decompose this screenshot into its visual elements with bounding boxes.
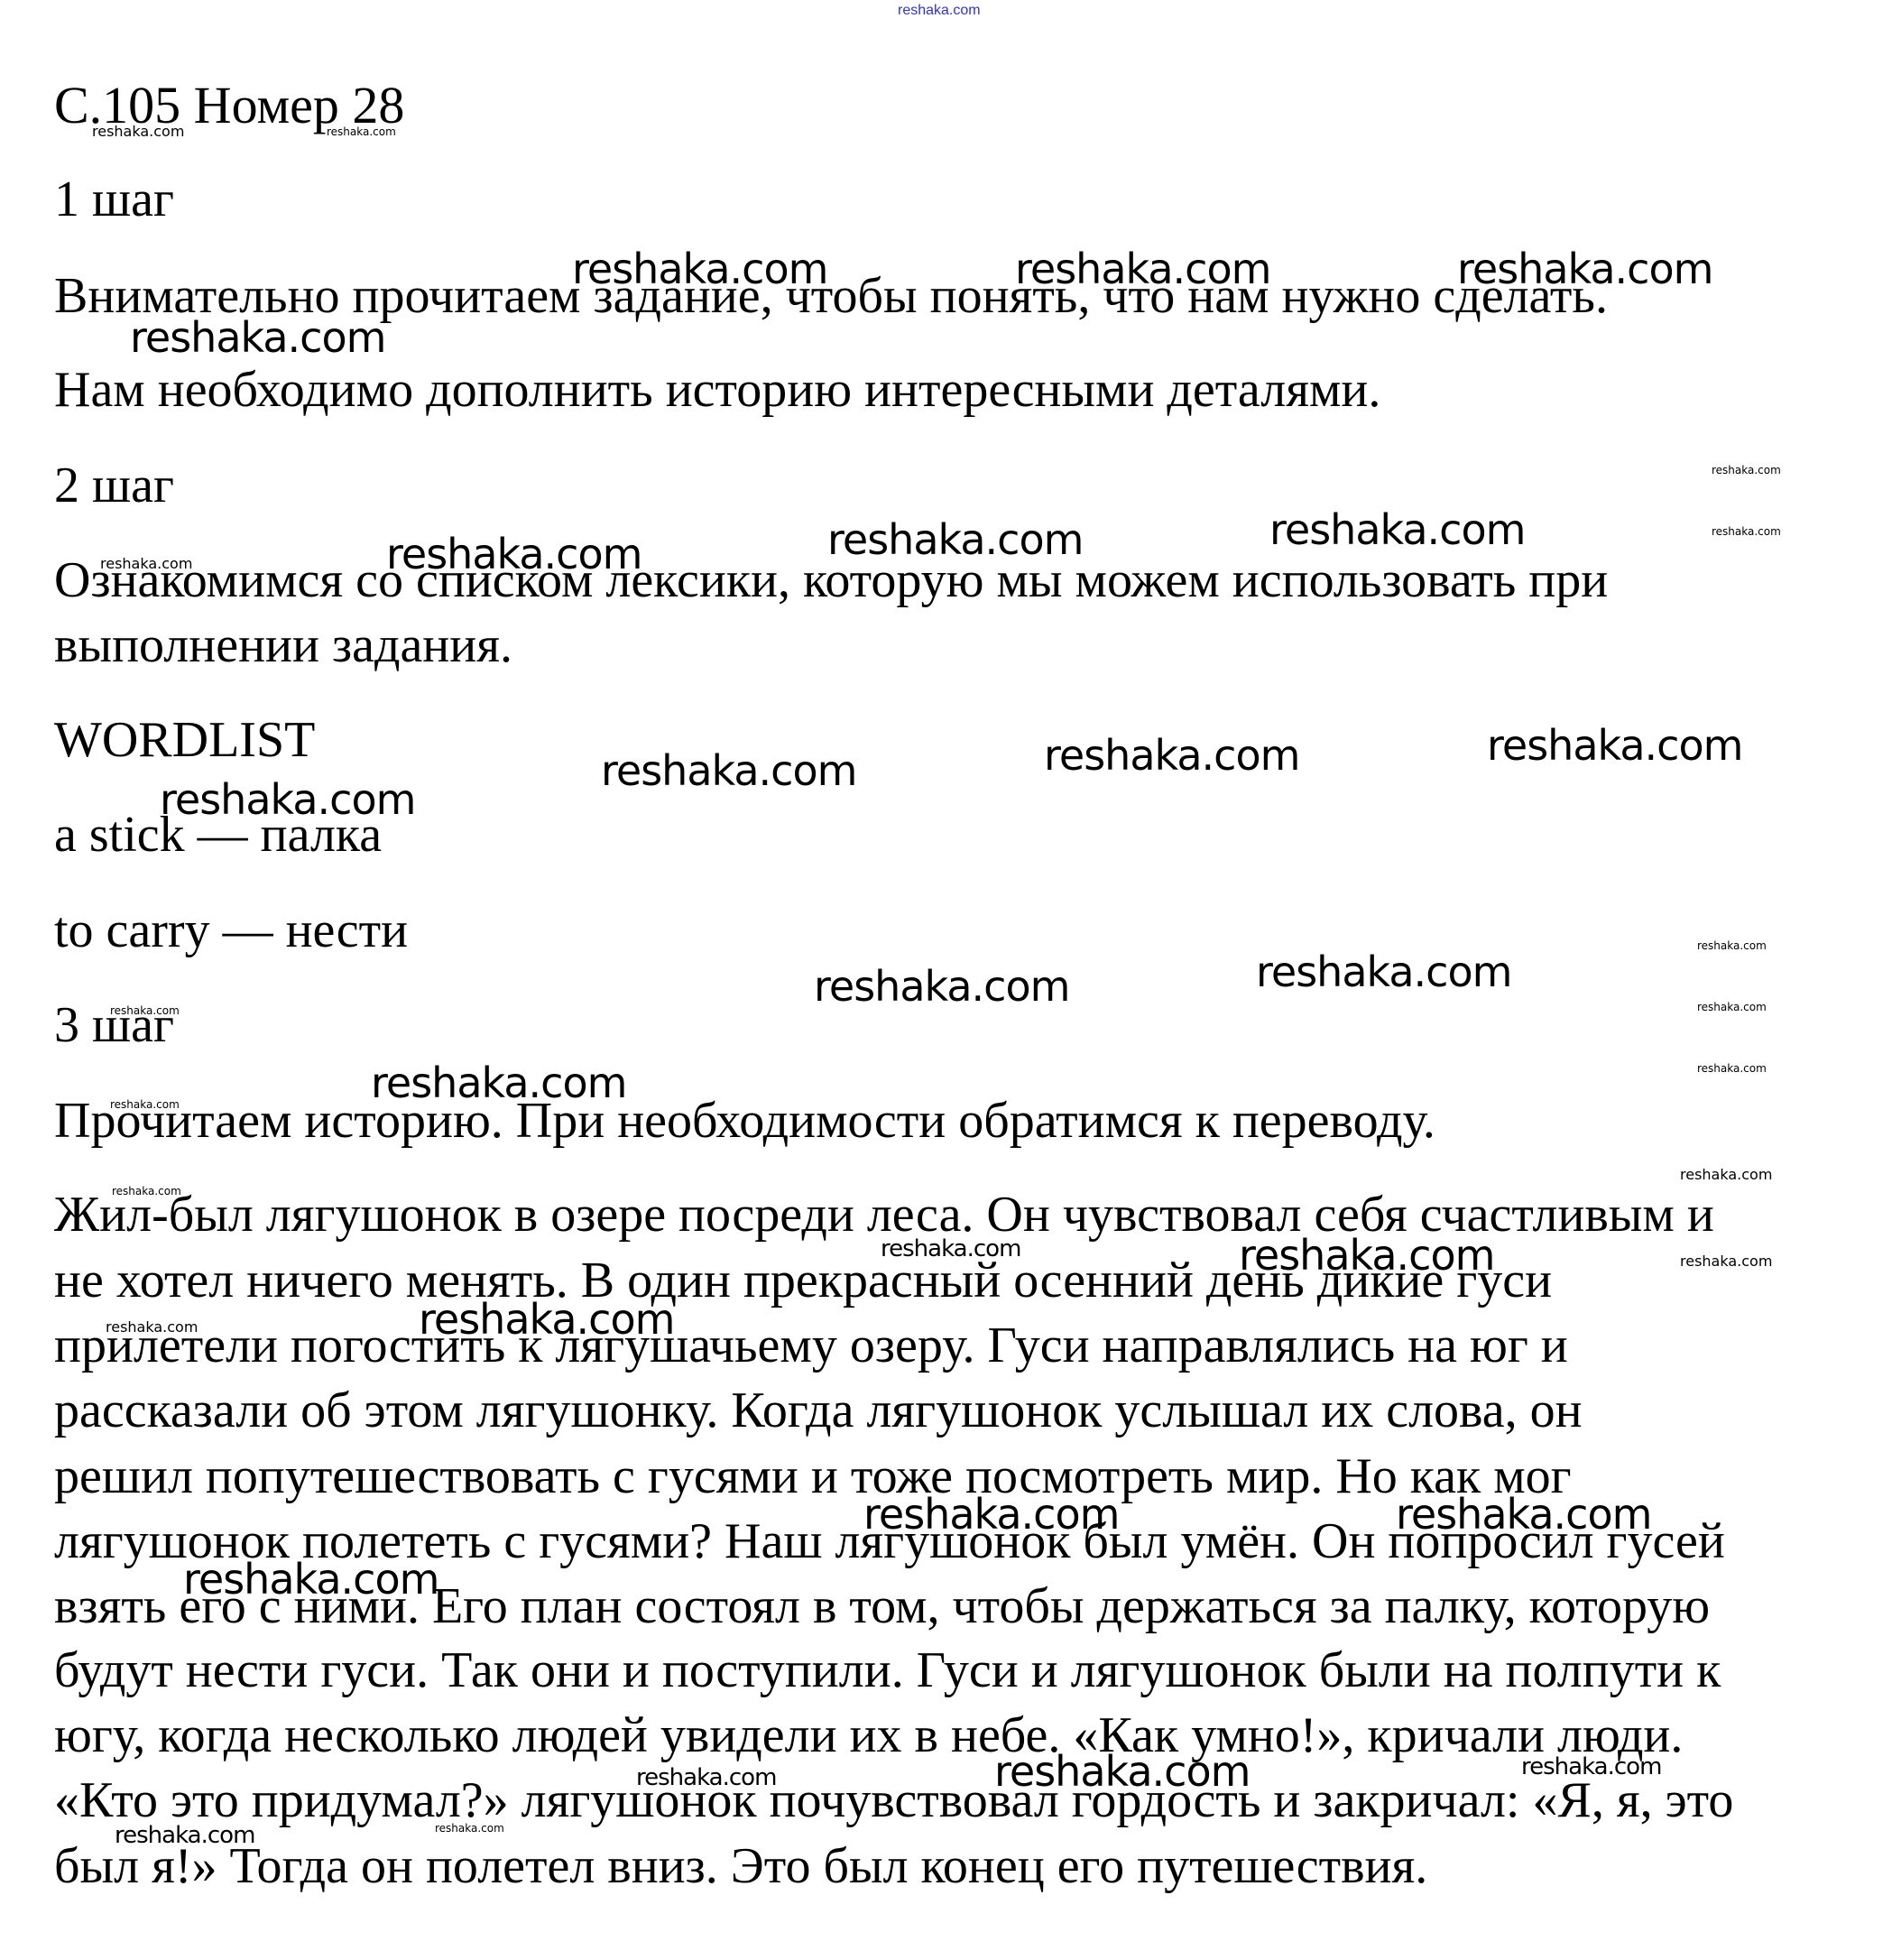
watermark: reshaka.com: [110, 1005, 180, 1016]
watermark: reshaka.com: [601, 750, 856, 791]
watermark: reshaka.com: [1269, 509, 1525, 550]
watermark: reshaka.com: [881, 1237, 1020, 1261]
header-watermark: reshaka.com: [898, 4, 981, 18]
watermark: reshaka.com: [106, 1320, 198, 1335]
watermark: reshaka.com: [92, 125, 184, 139]
wordlist-item: to carry — нести: [54, 905, 408, 956]
watermark: reshaka.com: [863, 1493, 1119, 1535]
step-2-label: 2 шаг: [54, 460, 174, 511]
step-3-intro: Прочитаем историю. При необходимости обр…: [54, 1096, 1435, 1146]
story-line: был я!» Тогда он полетел вниз. Это был к…: [54, 1841, 1427, 1891]
watermark: reshaka.com: [327, 126, 396, 137]
watermark: reshaka.com: [1396, 1493, 1651, 1535]
step-2-paragraph: выполнении задания.: [54, 620, 512, 670]
watermark: reshaka.com: [100, 557, 192, 571]
watermark: reshaka.com: [827, 519, 1083, 560]
watermark: reshaka.com: [636, 1766, 776, 1789]
watermark: reshaka.com: [1015, 248, 1270, 290]
watermark: reshaka.com: [1457, 248, 1712, 290]
watermark: reshaka.com: [1256, 951, 1511, 993]
story-line: «Кто это придумал?» лягушонок почувствов…: [54, 1775, 1733, 1826]
watermark: reshaka.com: [1697, 1002, 1767, 1012]
watermark: reshaka.com: [1487, 725, 1742, 766]
story-line: рассказали об этом лягушонку. Когда лягу…: [54, 1385, 1583, 1436]
watermark: reshaka.com: [1712, 526, 1781, 537]
watermark: reshaka.com: [572, 248, 827, 290]
watermark: reshaka.com: [1697, 1063, 1767, 1074]
watermark: reshaka.com: [1697, 940, 1767, 951]
watermark: reshaka.com: [1680, 1254, 1772, 1269]
watermark: reshaka.com: [160, 779, 415, 820]
wordlist-heading: WORDLIST: [54, 715, 315, 765]
watermark: reshaka.com: [419, 1299, 674, 1340]
story-line: прилетели погостить к лягушачьему озеру.…: [54, 1320, 1568, 1371]
watermark: reshaka.com: [814, 966, 1069, 1007]
watermark: reshaka.com: [130, 317, 385, 358]
watermark: reshaka.com: [110, 1099, 180, 1110]
watermark: reshaka.com: [371, 1062, 626, 1104]
watermark: reshaka.com: [1680, 1168, 1772, 1182]
watermark: reshaka.com: [386, 533, 641, 575]
watermark: reshaka.com: [112, 1186, 181, 1197]
step-1-paragraph: Нам необходимо дополнить историю интерес…: [54, 365, 1380, 415]
watermark: reshaka.com: [1712, 465, 1781, 476]
watermark: reshaka.com: [435, 1823, 504, 1834]
watermark: reshaka.com: [1239, 1234, 1494, 1276]
watermark: reshaka.com: [994, 1751, 1250, 1792]
watermark: reshaka.com: [1044, 735, 1299, 776]
story-line: решил попутешествовать с гусями и тоже п…: [54, 1451, 1572, 1502]
story-line: будут нести гуси. Так они и поступили. Г…: [54, 1645, 1721, 1696]
watermark: reshaka.com: [1521, 1755, 1661, 1779]
step-1-label: 1 шаг: [54, 174, 174, 225]
watermark: reshaka.com: [115, 1824, 254, 1847]
watermark: reshaka.com: [183, 1558, 438, 1600]
story-line: югу, когда несколько людей увидели их в …: [54, 1710, 1683, 1761]
